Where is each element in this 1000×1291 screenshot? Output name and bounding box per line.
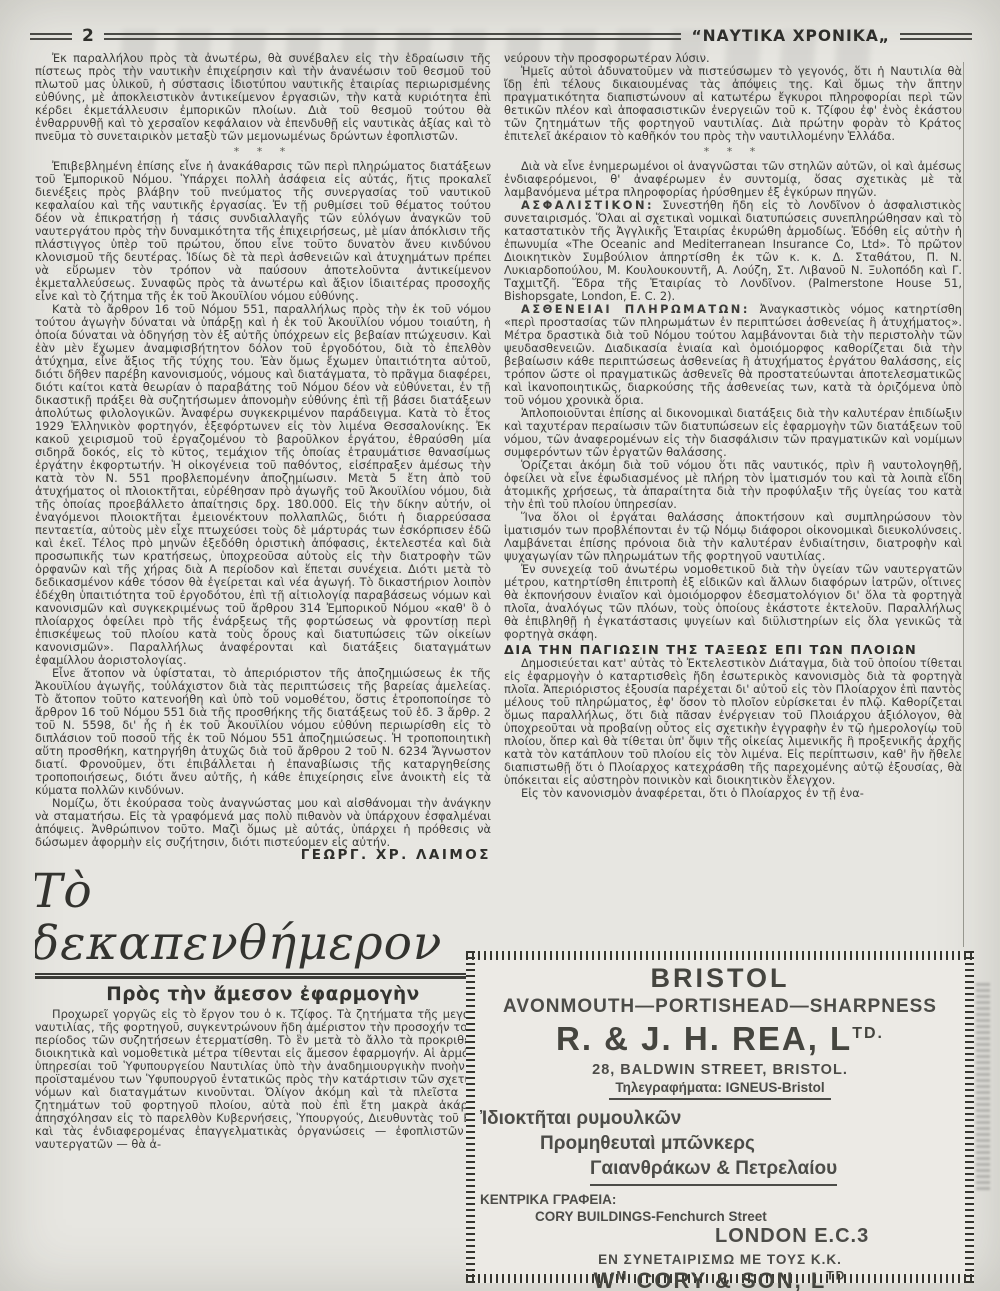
section-separator: * * * [504, 145, 962, 158]
header-rule-right [900, 33, 972, 40]
ad-ports: AVONMOUTH—PORTISHEAD—SHARPNESS [480, 996, 960, 1018]
ad-cory-line: WM CORY & SON, LTD [480, 1268, 960, 1291]
fortnight-title: Τὸ δεκαπενθήμερον [35, 866, 491, 970]
sickness-label: ΑΣΘΕΝΕΙΑΙ ΠΛΗΡΩΜΑΤΩΝ: [521, 302, 750, 316]
ad-city: BRISTOL [480, 963, 960, 994]
paragraph: Νομίζω, ὅτι ἐκούρασα τοὺς ἀναγνώστας μου… [35, 797, 491, 849]
paragraph: Εἰς τὸν κανονισμὸν ἀναφέρεται, ὅτι ὁ Πλο… [504, 787, 962, 800]
paragraph-crew-sickness: ΑΣΘΕΝΕΙΑΙ ΠΛΗΡΩΜΑΤΩΝ: Ἀναγκαστικὸς νόμος… [504, 303, 962, 407]
right-column: νεύρουν τὴν προσφορωτέραν λύσιν. Ἡμεῖς α… [504, 52, 962, 950]
page-edge-line [963, 62, 964, 947]
page-number: 2 [82, 26, 94, 46]
ad-telegrams: Τηλεγραφήματα: IGNEUS-Bristol [609, 1080, 830, 1100]
sickness-text: Ἀναγκαστικὸς νόμος κατηρτίσθη «περὶ προσ… [504, 302, 962, 407]
paragraph-insurance: ΑΣΦΑΛΙΣΤΙΚΟΝ: Συνεστήθη ἤδη εἰς τὸ Λονδῖ… [504, 199, 962, 303]
ad-company-name: R. & J. H. REA, LTD. [480, 1020, 960, 1058]
paragraph: Ἵνα ὅλοι οἱ ἐργάται θαλάσσης ἀποκτήσουν … [504, 511, 962, 563]
ad-telegrams-wrap: Τηλεγραφήματα: IGNEUS-Bristol [480, 1078, 960, 1100]
ad-greek-line-2: Προμηθευταὶ μπῶνκερς [480, 1133, 960, 1155]
ad-hq-street: CORY BUILDINGS-Fenchurch Street [480, 1209, 960, 1224]
ad-company-name-suffix: TD. [852, 1025, 884, 1042]
bristol-rea-advertisement: BRISTOL AVONMOUTH—PORTISHEAD—SHARPNESS R… [466, 951, 974, 1283]
page-header: 2 “ΝΑΥΤΙΚΑ ΧΡΟΝΙΚΑ„ [30, 26, 972, 46]
ad-cory-ltd: TD [826, 1269, 846, 1283]
paragraph: Ἁπλοποιοῦνται ἐπίσης αἱ δικονομικαὶ διατ… [504, 407, 962, 459]
section-separator: * * * [35, 145, 491, 158]
ad-hq-city: LONDON E.C.3 [480, 1225, 960, 1248]
ad-border-right [965, 951, 974, 1283]
left-column: Ἐκ παραλλήλου πρὸς τὰ ἀνωτέρω, θὰ συνέβα… [35, 52, 491, 1287]
paragraph: Ἐπιβεβλημένη ἐπίσης εἶνε ἡ ἀνακάθαρσις τ… [35, 160, 491, 303]
paragraph: Δημοσιεύεται κατ' αὐτὰς τὸ Ἐκτελεστικὸν … [504, 657, 962, 787]
paragraph: Εἶνε ἄτοπον νὰ ὑφίσταται, τὸ ἀπεριόριστο… [35, 667, 491, 797]
paragraph: Διὰ νὰ εἶνε ἐνημερωμένοι οἱ ἀναγνῶσται τ… [504, 160, 962, 199]
paragraph: Ὁρίζεται ἀκόμη διὰ τοῦ νόμου ὅτι πᾶς ναυ… [504, 459, 962, 511]
ad-border-top [466, 951, 974, 960]
paragraph: Κατὰ τὸ ἄρθρον 16 τοῦ Νόμου 551, παραλλή… [35, 303, 491, 667]
title-rule [35, 973, 481, 979]
insurance-label: ΑΣΦΑΛΙΣΤΙΚΟΝ: [521, 198, 654, 212]
magazine-page: 2 “ΝΑΥΤΙΚΑ ΧΡΟΝΙΚΑ„ Ἐκ παραλλήλου πρὸς τ… [0, 0, 1000, 1291]
paragraph: Προχωρεῖ γοργῶς εἰς τὸ ἔργον του ὁ κ. Τζ… [35, 1008, 491, 1151]
paragraph: Ἡμεῖς αὐτοὶ ἀδυνατοῦμεν νὰ πιστεύσωμεν τ… [504, 65, 962, 143]
ad-company-name-main: R. & J. H. REA, L [556, 1020, 852, 1057]
header-rule-center [104, 33, 682, 40]
ad-cory-w: W [594, 1268, 617, 1291]
paragraph: Ἐν συνεχείᾳ τοῦ ἀνωτέρω νομοθετικοῦ διὰ … [504, 563, 962, 641]
ad-greek-line-3-text: Γαιανθράκων & Πετρελαίου [590, 1158, 837, 1186]
ad-content: BRISTOL AVONMOUTH—PORTISHEAD—SHARPNESS R… [480, 963, 960, 1273]
author-signature: ΓΕΩΡΓ. ΧΡ. ΛΑΙΜΟΣ [35, 849, 491, 862]
paragraph: Ἐκ παραλλήλου πρὸς τὰ ἀνωτέρω, θὰ συνέβα… [35, 52, 491, 143]
header-rule-left [30, 33, 72, 40]
bleed-through-edge [976, 980, 990, 1190]
masthead-title: “ΝΑΥΤΙΚΑ ΧΡΟΝΙΚΑ„ [691, 27, 890, 45]
ad-greek-line-1: Ἰδιοκτῆται ρυμουλκῶν [480, 1108, 960, 1130]
ad-partnership-line: ΕΝ ΣΥΝΕΤΑΙΡΙΣΜΩ ΜΕ ΤΟΥΣ Κ.Κ. [480, 1252, 960, 1267]
ad-hq-label: ΚΕΝΤΡΙΚΑ ΓΡΑΦΕΙΑ: [480, 1192, 960, 1207]
fortnight-subtitle: Πρὸς τὴν ἄμεσον ἐφαρμογὴν [35, 988, 491, 1001]
ad-border-left [466, 951, 475, 1283]
insurance-text: Συνεστήθη ἤδη εἰς τὸ Λονδῖνον ὁ ἀσφαλιστ… [504, 198, 962, 303]
ad-cory-rest: CORY & SON, L [628, 1268, 826, 1291]
ad-cory-m: M [616, 1269, 628, 1283]
ad-greek-line-3: Γαιανθράκων & Πετρελαίου [480, 1158, 960, 1186]
ad-address: 28, BALDWIN STREET, BRISTOL. [480, 1062, 960, 1078]
